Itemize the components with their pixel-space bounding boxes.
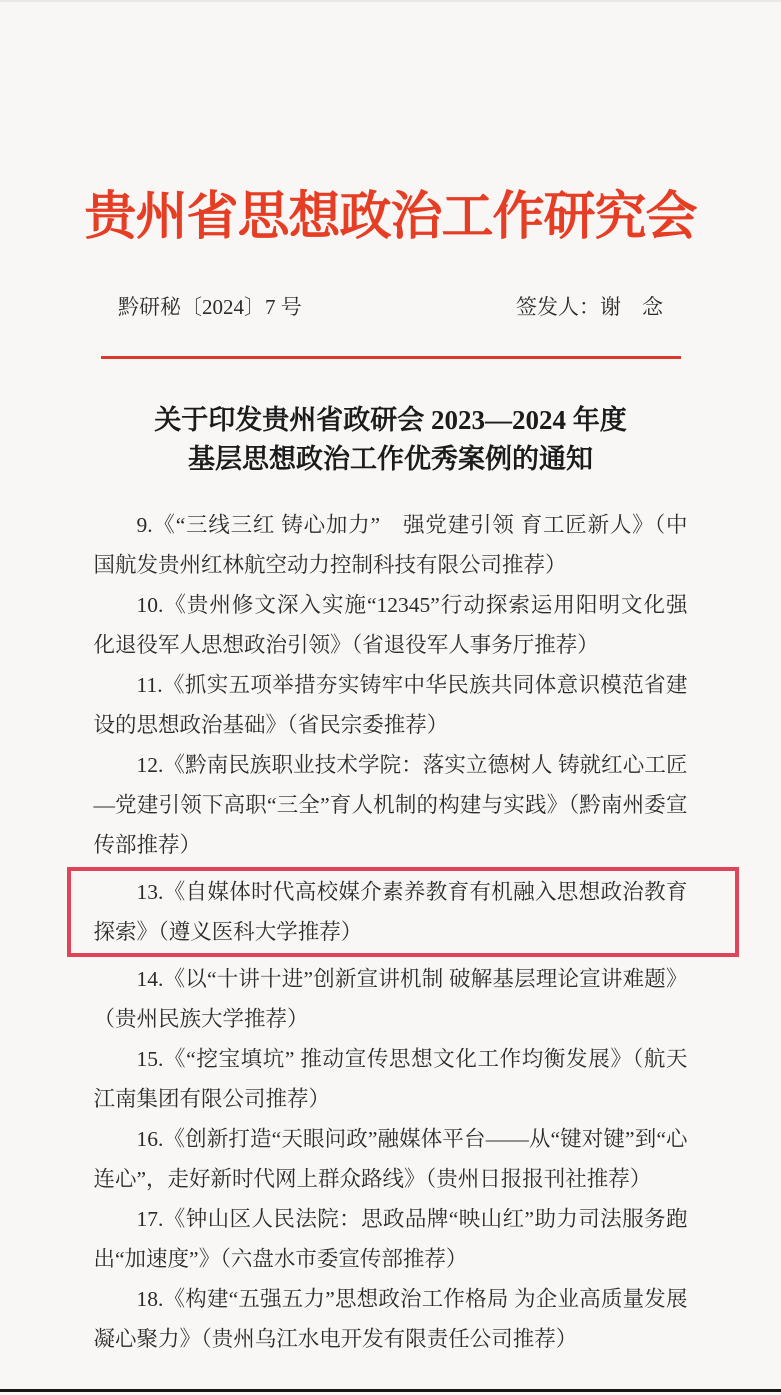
list-item-highlighted: 13.《自媒体时代高校媒介素养教育有机融入思想政治教育探索》（遵义医科大学推荐） xyxy=(94,872,688,952)
item-text: 《构建“五强五力”思想政治工作格局 为企业高质量发展凝心聚力》（贵州乌江水电开发… xyxy=(94,1287,688,1351)
case-list: 9.《“三线三红 铸心加力” 强党建引领 育工匠新人》（中国航发贵州红林航空动力… xyxy=(94,505,688,1359)
notice-title-line1: 关于印发贵州省政研会 2023—2024 年度 xyxy=(81,401,701,440)
notice-title-line2: 基层思想政治工作优秀案例的通知 xyxy=(81,440,701,479)
issuer: 签发人：谢 念 xyxy=(516,292,663,322)
list-item: 10.《贵州修文深入实施“12345”行动探索运用阳明文化强化退役军人思想政治引… xyxy=(94,585,688,665)
letterhead: 贵州省思想政治工作研究会 黔研秘〔2024〕7 号 签发人：谢 念 xyxy=(0,0,781,359)
list-item: 14.《以“十讲十进”创新宣讲机制 破解基层理论宣讲难题》（贵州民族大学推荐） xyxy=(94,959,688,1039)
org-name-title: 贵州省思想政治工作研究会 xyxy=(0,0,781,252)
list-item: 17.《钟山区人民法院：思政品牌“映山红”助力司法服务跑出“加速度”》（六盘水市… xyxy=(94,1199,688,1279)
doc-number: 黔研秘〔2024〕7 号 xyxy=(118,292,302,322)
item-number: 9. xyxy=(137,513,153,537)
list-item: 11.《抓实五项举措夯实铸牢中华民族共同体意识模范省建设的思想政治基础》（省民宗… xyxy=(94,665,688,745)
item-text: 《钟山区人民法院：思政品牌“映山红”助力司法服务跑出“加速度”》（六盘水市委宣传… xyxy=(94,1207,688,1271)
document-page: { "page": { "background": "#f8f7f5", "bo… xyxy=(0,0,781,1395)
list-item: 18.《构建“五强五力”思想政治工作格局 为企业高质量发展凝心聚力》（贵州乌江水… xyxy=(94,1279,688,1359)
item-text: 《抓实五项举措夯实铸牢中华民族共同体意识模范省建设的思想政治基础》（省民宗委推荐… xyxy=(94,673,688,737)
item-number: 10. xyxy=(137,593,164,617)
notice-title: 关于印发贵州省政研会 2023—2024 年度 基层思想政治工作优秀案例的通知 xyxy=(81,401,701,479)
item-number: 15. xyxy=(137,1047,164,1071)
list-item: 9.《“三线三红 铸心加力” 强党建引领 育工匠新人》（中国航发贵州红林航空动力… xyxy=(94,505,688,585)
item-number: 11. xyxy=(137,673,163,697)
page-top-edge xyxy=(0,0,781,2)
item-number: 16. xyxy=(137,1127,164,1151)
doc-meta-row: 黔研秘〔2024〕7 号 签发人：谢 念 xyxy=(118,292,663,322)
list-item: 12.《黔南民族职业技术学院：落实立德树人 铸就红心工匠—党建引领下高职“三全”… xyxy=(94,745,688,865)
item-text: 《创新打造“天眼问政”融媒体平台——从“键对键”到“心连心”，走好新时代网上群众… xyxy=(94,1127,688,1191)
item-text: 《“三线三红 铸心加力” 强党建引领 育工匠新人》（中国航发贵州红林航空动力控制… xyxy=(94,513,688,577)
item-number: 17. xyxy=(137,1207,164,1231)
item-text: 《“挖宝填坑” 推动宣传思想文化工作均衡发展》（航天江南集团有限公司推荐） xyxy=(94,1047,688,1111)
red-divider xyxy=(101,356,681,359)
page-bottom-rule xyxy=(0,1389,781,1392)
item-text: 《以“十讲十进”创新宣讲机制 破解基层理论宣讲难题》（贵州民族大学推荐） xyxy=(94,967,688,1031)
item-number: 13. xyxy=(137,880,164,904)
list-item: 15.《“挖宝填坑” 推动宣传思想文化工作均衡发展》（航天江南集团有限公司推荐） xyxy=(94,1039,688,1119)
highlight-box: 13.《自媒体时代高校媒介素养教育有机融入思想政治教育探索》（遵义医科大学推荐） xyxy=(67,867,739,957)
item-number: 14. xyxy=(137,967,164,991)
item-number: 18. xyxy=(137,1287,164,1311)
item-text: 《自媒体时代高校媒介素养教育有机融入思想政治教育探索》（遵义医科大学推荐） xyxy=(94,880,688,944)
item-text: 《贵州修文深入实施“12345”行动探索运用阳明文化强化退役军人思想政治引领》（… xyxy=(94,593,688,657)
item-text: 《黔南民族职业技术学院：落实立德树人 铸就红心工匠—党建引领下高职“三全”育人机… xyxy=(94,753,688,857)
item-number: 12. xyxy=(137,753,164,777)
list-item: 16.《创新打造“天眼问政”融媒体平台——从“键对键”到“心连心”，走好新时代网… xyxy=(94,1119,688,1199)
